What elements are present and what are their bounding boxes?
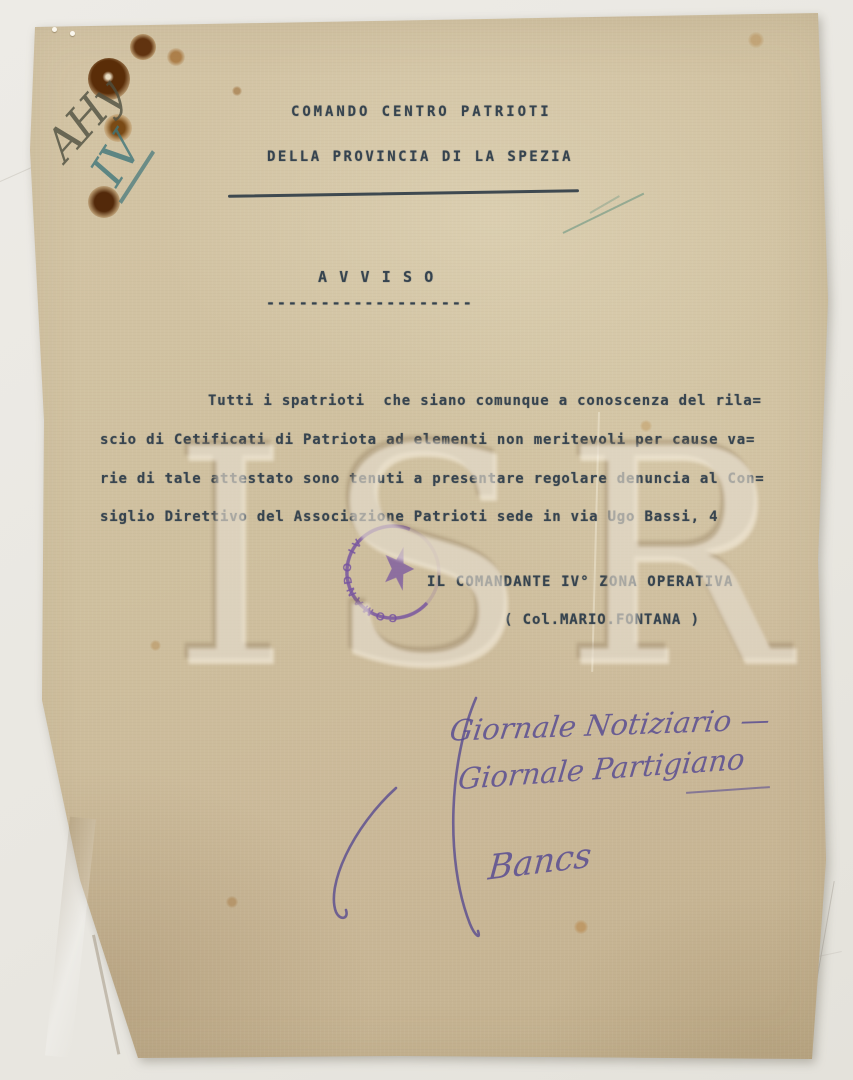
staple-hole xyxy=(52,27,57,32)
stain-spot xyxy=(232,86,242,96)
body-line: rie di tale attestato sono tenuti a pres… xyxy=(100,460,770,499)
flourish-stroke-right xyxy=(453,698,479,936)
letterhead-line2: DELLA PROVINCIA DI LA SPEZIA xyxy=(267,149,573,165)
stain-spot xyxy=(130,34,156,60)
stain-spot xyxy=(150,640,161,651)
stain-spot xyxy=(226,896,238,908)
commander-name-line: ( Col.MARIO.FONTANA ) xyxy=(504,612,700,628)
stain-spot xyxy=(574,920,588,934)
staple-hole xyxy=(70,31,75,36)
letterhead-line1: COMANDO CENTRO PATRIOTI xyxy=(291,104,552,120)
flourish-stroke-left xyxy=(334,788,396,918)
star-icon xyxy=(385,546,415,591)
body-line: Tutti i spatrioti che siano comunque a c… xyxy=(100,382,770,421)
notice-title-underline: ------------------- xyxy=(266,294,474,312)
scanned-document-page: AHy IV COMANDO CENTRO PATRIOTI DELLA PRO… xyxy=(0,0,853,1080)
body-line: scio di Cetificati di Patriota ad elemen… xyxy=(100,421,770,460)
stain-spot xyxy=(167,48,185,66)
pen-flourish xyxy=(300,688,510,958)
commander-title-line: IL COMANDANTE IV° ZONA OPERATIVA xyxy=(427,574,734,590)
notice-title: A V V I S O xyxy=(318,268,435,286)
stain-spot xyxy=(748,32,764,48)
